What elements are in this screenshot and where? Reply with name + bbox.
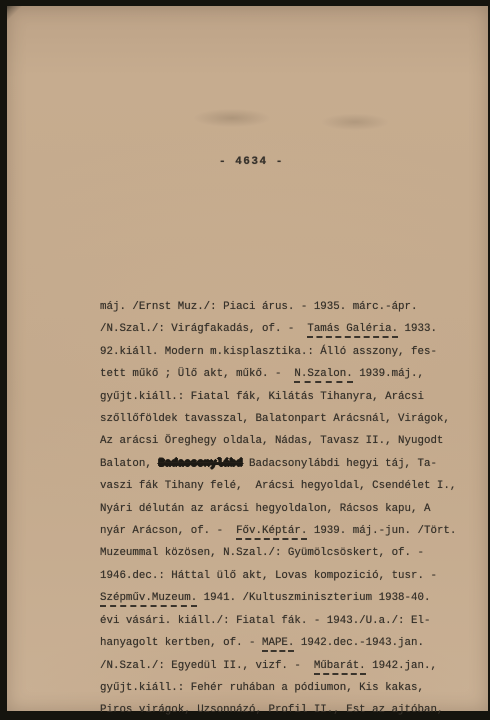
text-line: 92.kiáll. Modern m.kisplasztika.: Álló a… — [100, 341, 460, 363]
text-segment: Piros virágok, Uzsonnázó, Profil II., Es… — [100, 704, 443, 716]
text-line: gyűjt.kiáll.: Fehér ruhában a pódiumon, … — [100, 677, 460, 699]
text-segment: hanyagolt kertben, of. - — [100, 637, 262, 649]
text-segment: szőllőföldek tavasszal, Balatonpart Arác… — [100, 413, 450, 425]
paper-corner-shadow — [7, 6, 33, 32]
underlined-text: Főv.Képtár. — [236, 525, 307, 540]
text-line: Szépműv.Muzeum. 1941. /Kultuszminiszteri… — [100, 587, 460, 609]
text-segment: 1939.máj., — [353, 368, 424, 380]
text-segment: gyűjt.kiáll.: Fehér ruhában a pódiumon, … — [100, 682, 424, 694]
text-segment: Muzeummal közösen, N.Szal./: Gyümölcsösk… — [100, 547, 424, 559]
text-segment: 1942.dec.-1943.jan. — [294, 637, 424, 649]
underlined-text: Szépműv.Muzeum. — [100, 592, 197, 607]
text-segment: 1939. máj.-jun. /Tört. — [307, 525, 456, 537]
text-segment: 92.kiáll. Modern m.kisplasztika.: Álló a… — [100, 346, 437, 358]
text-line: évi vásári. kiáll./: Fiatal fák. - 1943.… — [100, 610, 460, 632]
text-segment: vaszi fák Tihany felé, Arácsi hegyoldal,… — [100, 480, 456, 492]
underlined-text: Műbarát. — [314, 660, 366, 675]
text-line: gyűjt.kiáll.: Fiatal fák, Kilátás Tihany… — [100, 386, 460, 408]
text-segment: évi vásári. kiáll./: Fiatal fák. - 1943.… — [100, 615, 430, 627]
text-segment: nyár Arácson, of. - — [100, 525, 236, 537]
text-line: /N.Szal./: Egyedül II., vizf. - Műbarát.… — [100, 655, 460, 677]
text-segment: /N.Szal./: Egyedül II., vizf. - — [100, 660, 314, 672]
text-segment: tett műkő ; Ülő akt, műkő. - — [100, 368, 294, 380]
text-line: hanyagolt kertben, of. - MAPE. 1942.dec.… — [100, 632, 460, 654]
text-line: /N.Szal./: Virágfakadás, of. - Tamás Gal… — [100, 318, 460, 340]
text-line: máj. /Ernst Muz./: Piaci árus. - 1935. m… — [100, 296, 460, 318]
text-line: vaszi fák Tihany felé, Arácsi hegyoldal,… — [100, 475, 460, 497]
text-line: 1946.dec.: Háttal ülő akt, Lovas kompozi… — [100, 565, 460, 587]
text-segment: 1941. /Kultuszminiszterium 1938-40. — [197, 592, 430, 604]
text-line: Az arácsi Öreghegy oldala, Nádas, Tavasz… — [100, 430, 460, 452]
text-segment: Badacsonylábdi hegyi táj, Ta- — [243, 458, 437, 470]
struck-out-text: Badacsonylábd — [158, 458, 242, 470]
underlined-text: N.Szalon. — [294, 368, 352, 383]
text-segment: 1942.jan., — [366, 660, 437, 672]
text-segment: Nyári délután az arácsi hegyoldalon, Rác… — [100, 503, 430, 515]
text-segment: máj. /Ernst Muz./: Piaci árus. - 1935. m… — [100, 301, 417, 313]
text-segment: Balaton, — [100, 458, 158, 470]
text-line: Muzeummal közösen, N.Szal./: Gyümölcsösk… — [100, 542, 460, 564]
text-segment: gyűjt.kiáll.: Fiatal fák, Kilátás Tihany… — [100, 391, 424, 403]
text-segment: 1946.dec.: Háttal ülő akt, Lovas kompozi… — [100, 570, 437, 582]
text-line: nyár Arácson, of. - Főv.Képtár. 1939. má… — [100, 520, 460, 542]
page-number: - 4634 - — [219, 156, 284, 168]
text-segment: /N.Szal./: Virágfakadás, of. - — [100, 323, 307, 335]
document-paper: - 4634 - máj. /Ernst Muz./: Piaci árus. … — [7, 6, 488, 711]
text-line: Piros virágok, Uzsonnázó, Profil II., Es… — [100, 699, 460, 720]
scanned-document-photo: - 4634 - máj. /Ernst Muz./: Piaci árus. … — [0, 0, 490, 720]
underlined-text: MAPE. — [262, 637, 294, 652]
text-line: tett műkő ; Ülő akt, műkő. - N.Szalon. 1… — [100, 363, 460, 385]
text-segment: Az arácsi Öreghegy oldala, Nádas, Tavasz… — [100, 435, 443, 447]
text-line: Nyári délután az arácsi hegyoldalon, Rác… — [100, 498, 460, 520]
text-line: szőllőföldek tavasszal, Balatonpart Arác… — [100, 408, 460, 430]
typewritten-text: máj. /Ernst Muz./: Piaci árus. - 1935. m… — [100, 296, 460, 720]
text-segment: 1933. — [398, 323, 437, 335]
underlined-text: Tamás Galéria. — [307, 323, 398, 338]
text-line: Balaton, Badacsonylábd Badacsonylábdi he… — [100, 453, 460, 475]
